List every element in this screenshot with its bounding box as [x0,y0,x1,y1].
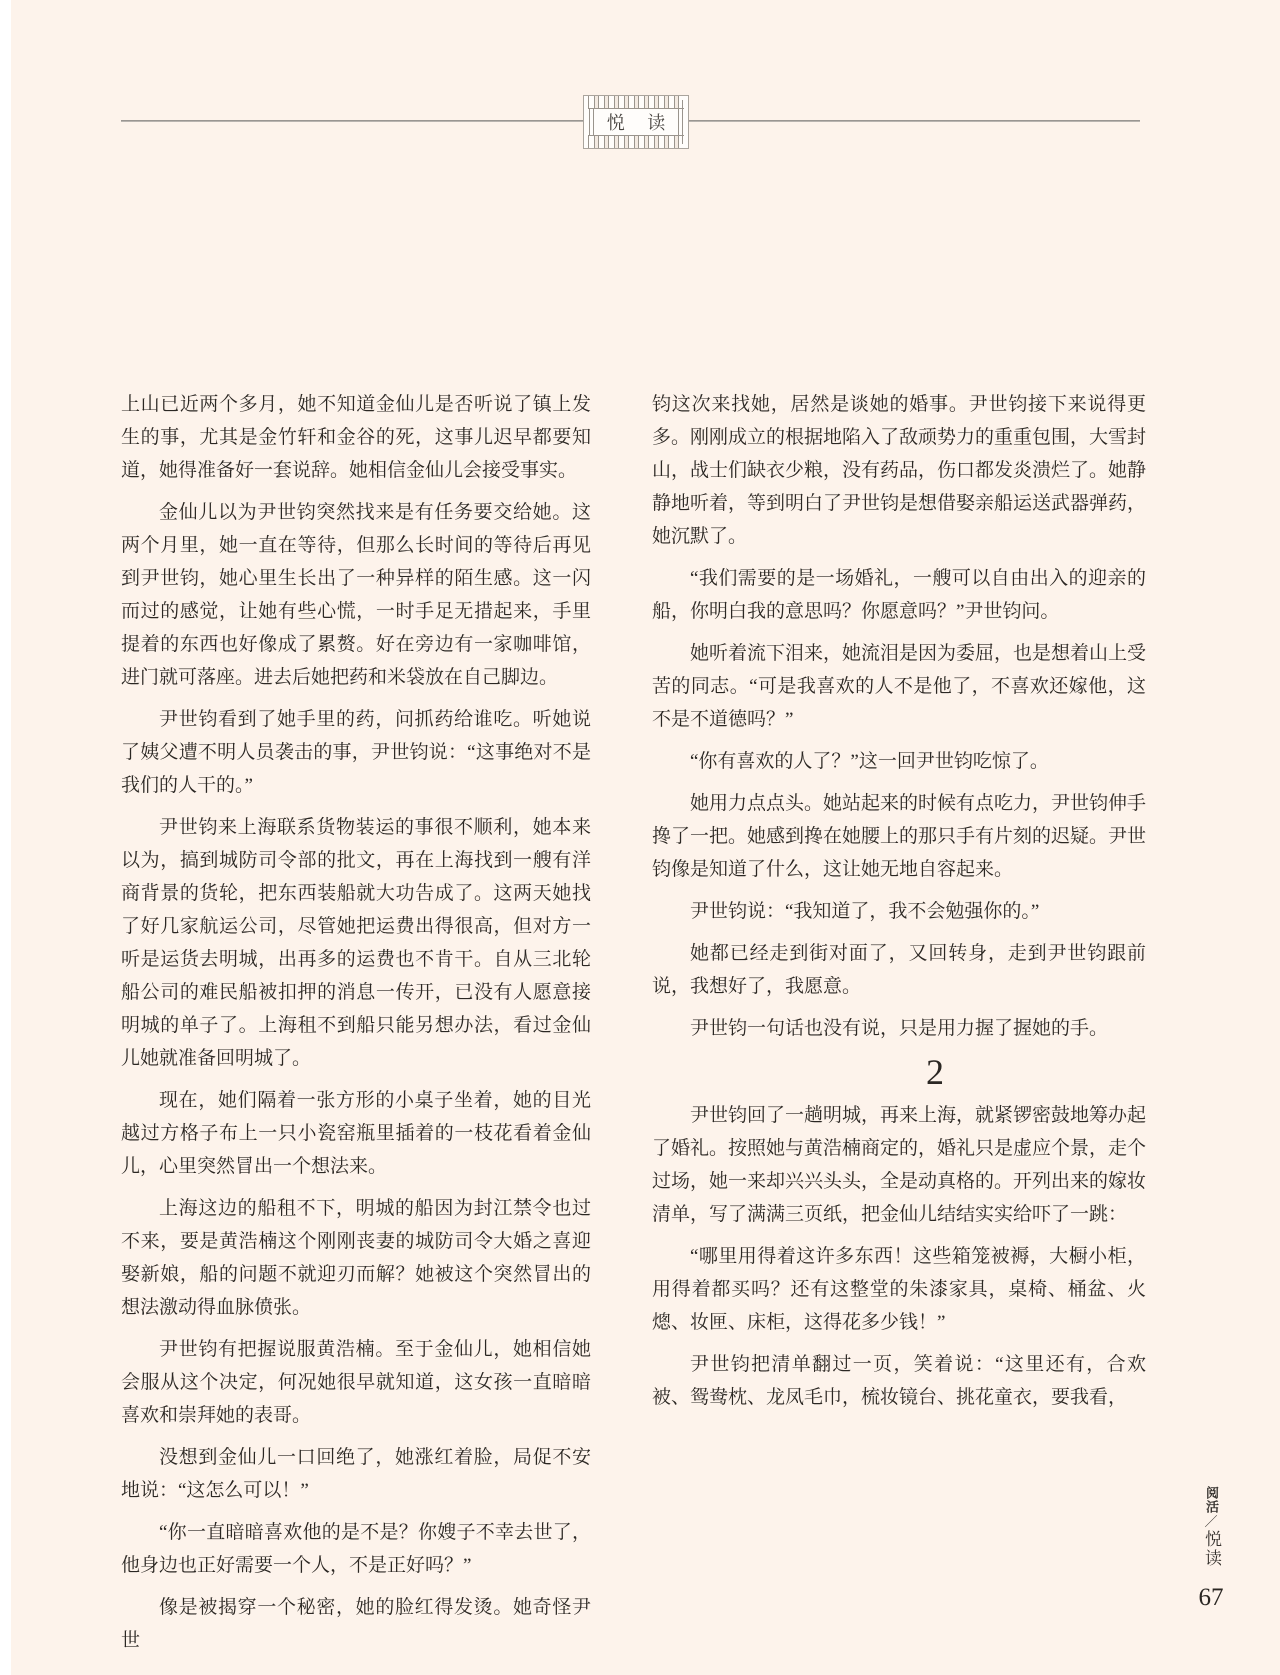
paragraph: “哪里用得着这许多东西！这些箱笼被褥，大橱小柜，用得着都买吗？还有这整堂的朱漆家… [652,1240,1146,1339]
paragraph: 尹世钧回了一趟明城，再来上海，就紧锣密鼓地筹办起了婚礼。按照她与黄浩楠商定的，婚… [652,1099,1146,1231]
section-number-heading: 2 [652,1054,1146,1090]
paragraph: “你一直暗暗喜欢他的是不是？你嫂子不幸去世了，他身边也正好需要一个人，不是正好吗… [121,1516,591,1582]
paragraph: 尹世钧把清单翻过一页，笑着说：“这里还有，合欢被、鸳鸯枕、龙凤毛巾，梳妆镜台、挑… [652,1348,1146,1414]
left-text-column: 上山已近两个多月，她不知道金仙儿是否听说了镇上发生的事，尤其是金竹轩和金谷的死，… [121,388,591,1666]
page-sidebar: 阅活 ／ 悦读 67 [1194,1486,1228,1612]
paragraph: “你有喜欢的人了？”这一回尹世钧吃惊了。 [652,745,1146,778]
paragraph: 现在，她们隔着一张方形的小桌子坐着，她的目光越过方格子布上一只小瓷窑瓶里插着的一… [121,1084,591,1183]
paragraph: 她都已经走到街对面了，又回转身，走到尹世钧跟前说，我想好了，我愿意。 [652,937,1146,1003]
header-teeth-top-decoration [588,96,684,109]
sidebar-label-small: 阅活 [1204,1486,1218,1514]
paragraph: 尹世钧说：“我知道了，我不会勉强你的。” [652,895,1146,928]
right-text-column: 钧这次来找她，居然是谈她的婚事。尹世钧接下来说得更多。刚刚成立的根据地陷入了敌顽… [652,388,1146,1423]
left-margin-strip [0,0,11,1675]
page-number: 67 [1199,1584,1224,1612]
paragraph: 像是被揭穿一个秘密，她的脸红得发烫。她奇怪尹世 [121,1591,591,1657]
header-teeth-bottom-decoration [588,135,684,148]
sidebar-label-large: 悦读 [1202,1530,1220,1568]
paragraph: 上海这边的船租不下，明城的船因为封江禁令也过不来，要是黄浩楠这个刚刚丧妻的城防司… [121,1192,591,1324]
paragraph: 尹世钧有把握说服黄浩楠。至于金仙儿，她相信她会服从这个决定，何况她很早就知道，这… [121,1333,591,1432]
paragraph: “我们需要的是一场婚礼，一艘可以自由出入的迎亲的船，你明白我的意思吗？你愿意吗？… [652,562,1146,628]
paragraph: 尹世钧看到了她手里的药，问抓药给谁吃。听她说了姨父遭不明人员袭击的事，尹世钧说：… [121,703,591,802]
paragraph: 上山已近两个多月，她不知道金仙儿是否听说了镇上发生的事，尤其是金竹轩和金谷的死，… [121,388,591,487]
paragraph: 金仙儿以为尹世钧突然找来是有任务要交给她。这两个月里，她一直在等待，但那么长时间… [121,496,591,694]
paragraph: 没想到金仙儿一口回绝了，她涨红着脸，局促不安地说：“这怎么可以！” [121,1441,591,1507]
paragraph: 尹世钧一句话也没有说，只是用力握了握她的手。 [652,1012,1146,1045]
paragraph: 尹世钧来上海联系货物装运的事很不顺利，她本来以为，搞到城防司令部的批文，再在上海… [121,811,591,1075]
magazine-page: 悦 读 上山已近两个多月，她不知道金仙儿是否听说了镇上发生的事，尤其是金竹轩和金… [0,0,1280,1675]
paragraph: 她用力点点头。她站起来的时候有点吃力，尹世钧伸手搀了一把。她感到搀在她腰上的那只… [652,787,1146,886]
column-title: 悦 读 [584,109,688,135]
paragraph: 她听着流下泪来，她流泪是因为委屈，也是想着山上受苦的同志。“可是我喜欢的人不是他… [652,637,1146,736]
sidebar-separator: ／ [1204,1515,1217,1529]
paragraph: 钧这次来找她，居然是谈她的婚事。尹世钧接下来说得更多。刚刚成立的根据地陷入了敌顽… [652,388,1146,553]
header-title-box: 悦 读 [583,95,689,149]
